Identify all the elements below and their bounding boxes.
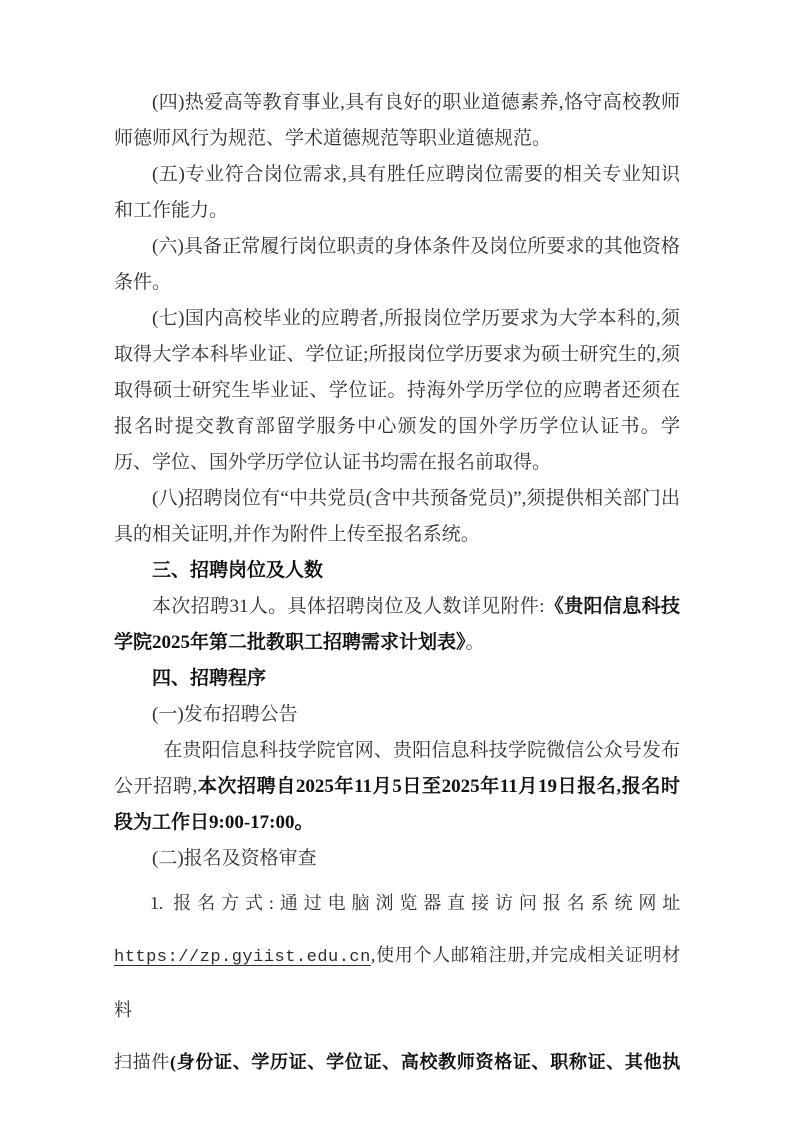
application-url-link[interactable]: https://zp.gyiist.edu.cn [114,948,371,967]
document-page: (四)热爱高等教育事业,具有良好的职业道德素养,恪守高校教师师德师风行为规范、学… [0,0,793,1122]
application-lead-line: 1. 报名方式:通过电脑浏览器直接访问报名系统网址 [114,877,680,929]
application-lead-text: 1. 报名方式:通过电脑浏览器直接访问报名系统网址 [150,893,680,913]
section-4-heading-text: 四、招聘程序 [152,668,266,689]
paragraph-application-method: 1. 报名方式:通过电脑浏览器直接访问报名系统网址 https://zp.gyi… [114,877,680,1088]
step-1-heading: (一)发布招聘公告 [114,697,680,733]
application-documents-line: 扫描件(身份证、学历证、学位证、高校教师资格证、职称证、其他执 [114,1036,680,1088]
step-2-heading-text: (二)报名及资格审查 [152,848,317,869]
paragraph-clause-5: (五)专业符合岗位需求,具有胜任应聘岗位需要的相关专业知识和工作能力。 [114,157,680,229]
application-scan-text: 扫描件 [114,1052,170,1072]
section-4-heading: 四、招聘程序 [114,661,680,697]
clause-5-text: (五)专业符合岗位需求,具有胜任应聘岗位需要的相关专业知识和工作能力。 [114,164,680,221]
step-2-heading: (二)报名及资格审查 [114,841,680,877]
section-3-heading-text: 三、招聘岗位及人数 [152,560,323,581]
paragraph-clause-7: (七)国内高校毕业的应聘者,所报岗位学历要求为大学本科的,须取得大学本科毕业证、… [114,301,680,481]
paragraph-announcement: 在贵阳信息科技学院官网、贵阳信息科技学院微信公众号发布公开招聘,本次招聘自202… [114,733,680,841]
application-documents-bold: (身份证、学历证、学位证、高校教师资格证、职称证、其他执 [170,1052,680,1072]
positions-end-punct: 。 [466,632,485,653]
positions-normal-text: 本次招聘31人。具体招聘岗位及人数详见附件: [152,596,544,617]
clause-7-text: (七)国内高校毕业的应聘者,所报岗位学历要求为大学本科的,须取得大学本科毕业证、… [114,308,680,473]
clause-4-text: (四)热爱高等教育事业,具有良好的职业道德素养,恪守高校教师师德师风行为规范、学… [114,92,680,149]
application-url-line: https://zp.gyiist.edu.cn,使用个人邮箱注册,并完成相关证… [114,929,680,1036]
paragraph-clause-4: (四)热爱高等教育事业,具有良好的职业道德素养,恪守高校教师师德师风行为规范、学… [114,85,680,157]
announcement-dates-bold: 本次招聘自2025年11月5日至2025年11月19日报名,报名时段为工作日9:… [114,776,680,833]
paragraph-clause-8: (八)招聘岗位有“中共党员(含中共预备党员)”,须提供相关部门出具的相关证明,并… [114,481,680,553]
paragraph-positions: 本次招聘31人。具体招聘岗位及人数详见附件:《贵阳信息科技学院2025年第二批教… [114,589,680,661]
section-3-heading: 三、招聘岗位及人数 [114,553,680,589]
clause-8-text: (八)招聘岗位有“中共党员(含中共预备党员)”,须提供相关部门出具的相关证明,并… [114,488,680,545]
step-1-heading-text: (一)发布招聘公告 [152,704,298,725]
paragraph-clause-6: (六)具备正常履行岗位职责的身体条件及岗位所要求的其他资格条件。 [114,229,680,301]
clause-6-text: (六)具备正常履行岗位职责的身体条件及岗位所要求的其他资格条件。 [114,236,680,293]
document-content: (四)热爱高等教育事业,具有良好的职业道德素养,恪守高校教师师德师风行为规范、学… [114,85,680,1088]
